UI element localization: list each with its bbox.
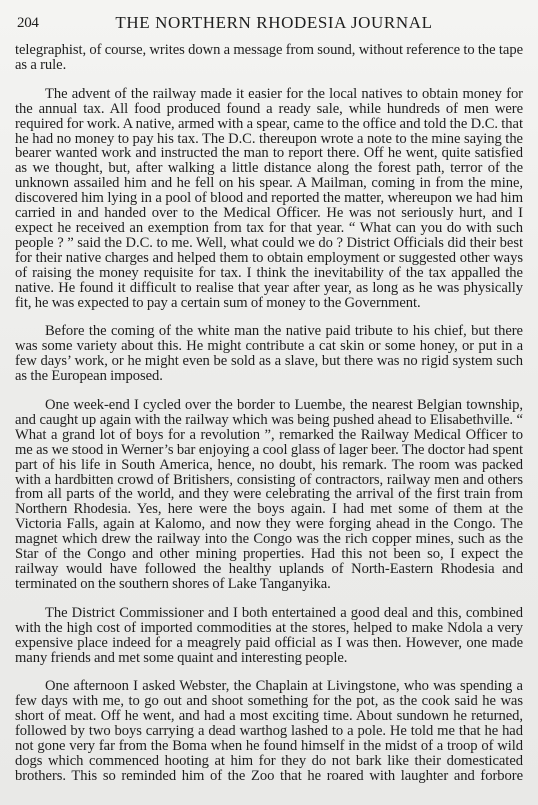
paragraph-luembe: One week-end I cycled over the border to… [15, 398, 523, 592]
journal-title: THE NORTHERN RHODESIA JOURNAL [15, 13, 523, 33]
paragraph-ndola: The District Commissioner and I both ent… [15, 606, 523, 666]
paragraph-railway-tax: The advent of the railway made it easier… [15, 87, 523, 311]
journal-page: 204 THE NORTHERN RHODESIA JOURNAL telegr… [15, 10, 523, 784]
page-header: 204 THE NORTHERN RHODESIA JOURNAL [15, 10, 523, 38]
article-body: telegraphist, of course, writes down a m… [15, 43, 523, 784]
paragraph-tribute: Before the coming of the white man the n… [15, 324, 523, 384]
paragraph-continuation: telegraphist, of course, writes down a m… [15, 43, 523, 73]
paragraph-webster: One afternoon I asked Webster, the Chapl… [15, 679, 523, 783]
